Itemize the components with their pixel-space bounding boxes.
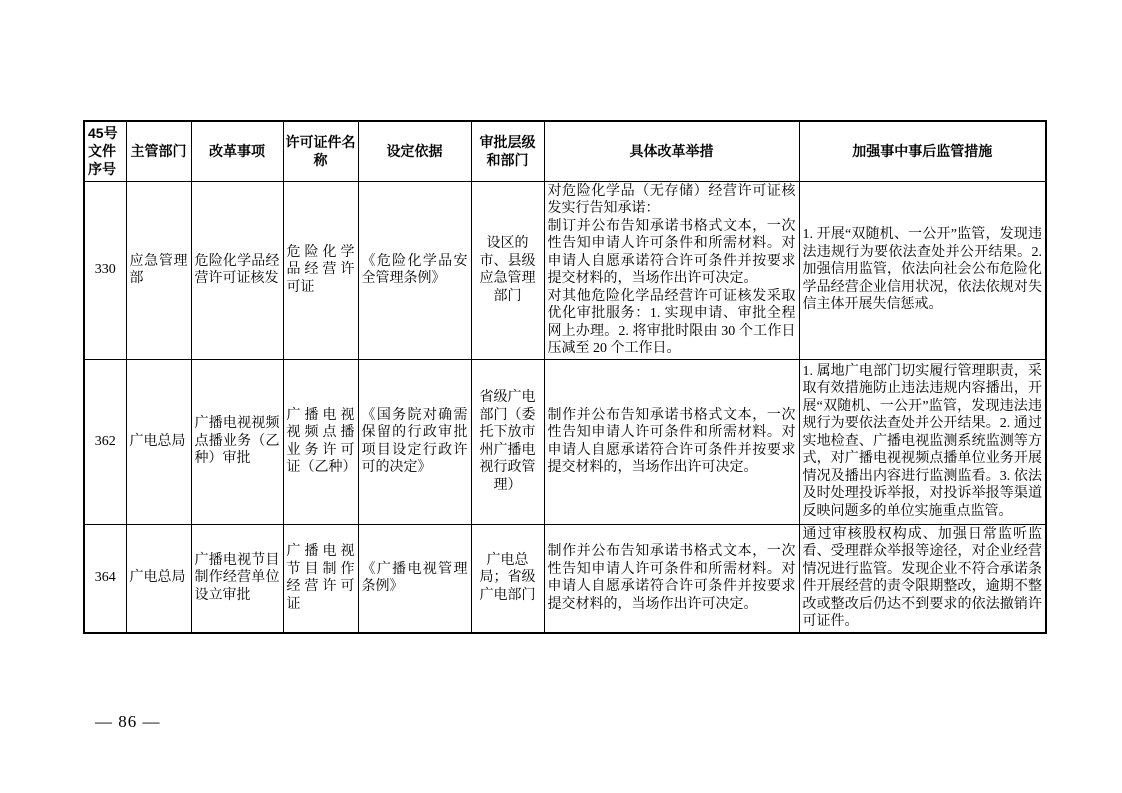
header-legal-basis: 设定依据 xyxy=(358,121,471,181)
cell-serial-number: 330 xyxy=(84,181,126,359)
cell-reform-item: 危险化学品经营许可证核发 xyxy=(191,181,283,359)
header-supervision-measures: 加强事中事后监管措施 xyxy=(799,121,1046,181)
cell-reform-item: 广播电视节目制作经营单位设立审批 xyxy=(191,524,283,633)
table-row: 364 广电总局 广播电视节目制作经营单位设立审批 广播电视节目制作经营许可证 … xyxy=(84,524,1046,633)
cell-supervision-measures: 1. 开展“双随机、一公开”监管，发现违法违规行为要依法查处并公开结果。2. 加… xyxy=(799,181,1046,359)
cell-department: 广电总局 xyxy=(126,524,191,633)
cell-supervision-measures: 1. 属地广电部门切实履行管理职责，采取有效措施防止违法违规内容播出，开展“双随… xyxy=(799,359,1046,524)
cell-approval-level: 广电总局；省级广电部门 xyxy=(471,524,544,633)
header-license-name: 许可证件名称 xyxy=(283,121,358,181)
reform-measure-paragraph: 制作并公布告知承诺书格式文本，一次性告知申请人许可条件和所需材料。对申请人自愿承… xyxy=(548,543,796,613)
cell-license-name: 广播电视视频点播业务许可证（乙种） xyxy=(283,359,358,524)
cell-serial-number: 362 xyxy=(84,359,126,524)
table-header-row: 45号文件序号 主管部门 改革事项 许可证件名称 设定依据 审批层级和部门 具体… xyxy=(84,121,1046,181)
reform-measure-paragraph: 制作并公布告知承诺书格式文本，一次性告知申请人许可条件和所需材料。对申请人自愿承… xyxy=(548,407,796,477)
cell-approval-level: 省级广电部门（委托下放市州广播电视行政管理） xyxy=(471,359,544,524)
supervision-measure-paragraph: 通过审核股权构成、加强日常监听监看、受理群众举报等途径，对企业经营情况进行监管。… xyxy=(803,526,1043,631)
cell-legal-basis: 《广播电视管理条例》 xyxy=(358,524,471,633)
cell-department: 广电总局 xyxy=(126,359,191,524)
reform-measure-paragraph: 对危险化学品（无存储）经营许可证核发实行告知承诺： xyxy=(548,183,796,218)
supervision-measure-paragraph: 1. 属地广电部门切实履行管理职责，采取有效措施防止违法违规内容播出，开展“双随… xyxy=(803,363,1043,521)
table-row: 362 广电总局 广播电视视频点播业务（乙种）审批 广播电视视频点播业务许可证（… xyxy=(84,359,1046,524)
table-row: 330 应急管理部 危险化学品经营许可证核发 危险化学品经营许可证 《危险化学品… xyxy=(84,181,1046,359)
reform-items-table: 45号文件序号 主管部门 改革事项 许可证件名称 设定依据 审批层级和部门 具体… xyxy=(83,120,1047,634)
supervision-measure-paragraph: 1. 开展“双随机、一公开”监管，发现违法违规行为要依法查处并公开结果。2. 加… xyxy=(803,226,1043,314)
header-department: 主管部门 xyxy=(126,121,191,181)
cell-reform-measures: 制作并公布告知承诺书格式文本，一次性告知申请人许可条件和所需材料。对申请人自愿承… xyxy=(544,524,799,633)
page-number: — 86 — xyxy=(95,712,161,732)
cell-license-name: 危险化学品经营许可证 xyxy=(283,181,358,359)
header-reform-item: 改革事项 xyxy=(191,121,283,181)
header-serial-number: 45号文件序号 xyxy=(84,121,126,181)
document-page: 45号文件序号 主管部门 改革事项 许可证件名称 设定依据 审批层级和部门 具体… xyxy=(0,0,1122,793)
cell-serial-number: 364 xyxy=(84,524,126,633)
cell-supervision-measures: 通过审核股权构成、加强日常监听监看、受理群众举报等途径，对企业经营情况进行监管。… xyxy=(799,524,1046,633)
cell-approval-level: 设区的市、县级应急管理部门 xyxy=(471,181,544,359)
cell-department: 应急管理部 xyxy=(126,181,191,359)
cell-legal-basis: 《国务院对确需保留的行政审批项目设定行政许可的决定》 xyxy=(358,359,471,524)
cell-legal-basis: 《危险化学品安全管理条例》 xyxy=(358,181,471,359)
reform-measure-paragraph: 制订并公布告知承诺书格式文本，一次性告知申请人许可条件和所需材料。对申请人自愿承… xyxy=(548,218,796,288)
cell-reform-item: 广播电视视频点播业务（乙种）审批 xyxy=(191,359,283,524)
header-approval-level: 审批层级和部门 xyxy=(471,121,544,181)
header-reform-measures: 具体改革举措 xyxy=(544,121,799,181)
cell-reform-measures: 制作并公布告知承诺书格式文本，一次性告知申请人许可条件和所需材料。对申请人自愿承… xyxy=(544,359,799,524)
cell-reform-measures: 对危险化学品（无存储）经营许可证核发实行告知承诺： 制订并公布告知承诺书格式文本… xyxy=(544,181,799,359)
reform-measure-paragraph: 对其他危险化学品经营许可证核发采取优化审批服务：1. 实现申请、审批全程网上办理… xyxy=(548,288,796,358)
cell-license-name: 广播电视节目制作经营许可证 xyxy=(283,524,358,633)
